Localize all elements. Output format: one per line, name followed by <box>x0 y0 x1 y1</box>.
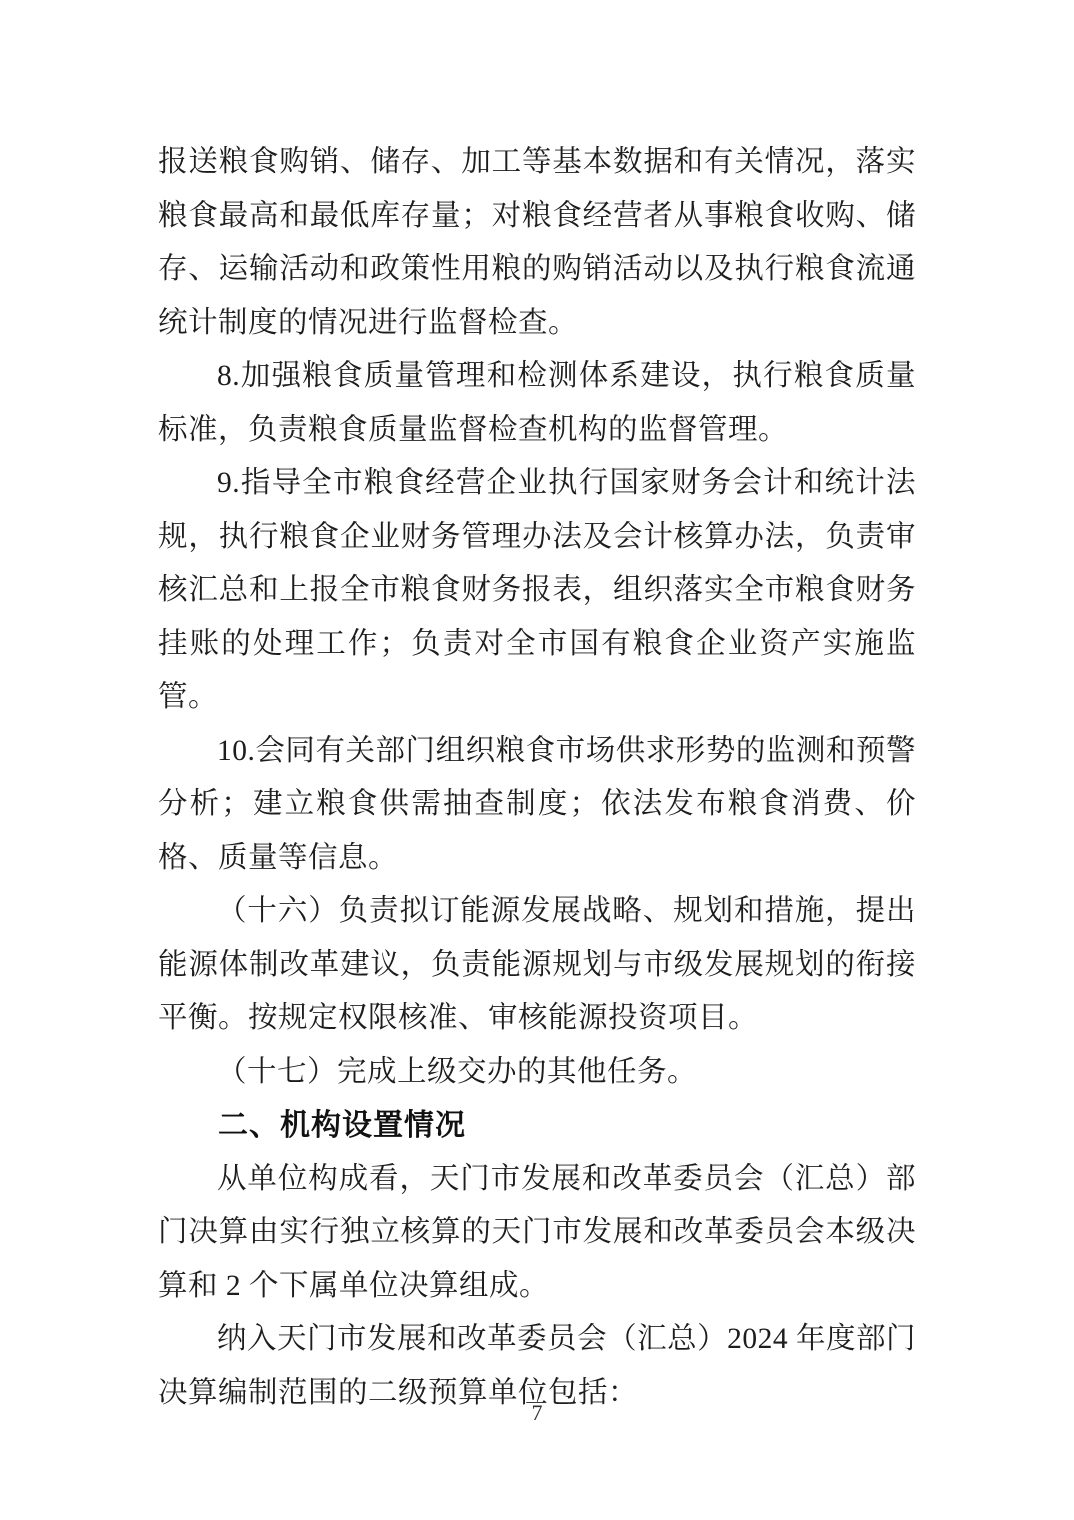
section-heading-organization-setup: 二、机构设置情况 <box>158 1099 916 1153</box>
paragraph-unit-composition: 从单位构成看，天门市发展和改革委员会（汇总）部门决算由实行独立核算的天门市发展和… <box>158 1153 916 1314</box>
paragraph-item-10-market-monitoring: 10.会同有关部门组织粮食市场供求形势的监测和预警分析；建立粮食供需抽查制度；依… <box>158 725 916 886</box>
paragraph-item-16-energy-planning: （十六）负责拟订能源发展战略、规划和措施，提出能源体制改革建议，负责能源规划与市… <box>158 885 916 1046</box>
page-content: 报送粮食购销、储存、加工等基本数据和有关情况，落实粮食最高和最低库存量；对粮食经… <box>158 136 916 1420</box>
document-page: 报送粮食购销、储存、加工等基本数据和有关情况，落实粮食最高和最低库存量；对粮食经… <box>0 0 1074 1520</box>
paragraph-item-8-grain-quality: 8.加强粮食质量管理和检测体系建设，执行粮食质量标准，负责粮食质量监督检查机构的… <box>158 350 916 457</box>
paragraph-item-17-other-tasks: （十七）完成上级交办的其他任务。 <box>158 1046 916 1100</box>
paragraph-grain-data-supervision: 报送粮食购销、储存、加工等基本数据和有关情况，落实粮食最高和最低库存量；对粮食经… <box>158 136 916 350</box>
paragraph-item-9-finance-accounting: 9.指导全市粮食经营企业执行国家财务会计和统计法规，执行粮食企业财务管理办法及会… <box>158 457 916 725</box>
page-number: 7 <box>0 1398 1074 1428</box>
